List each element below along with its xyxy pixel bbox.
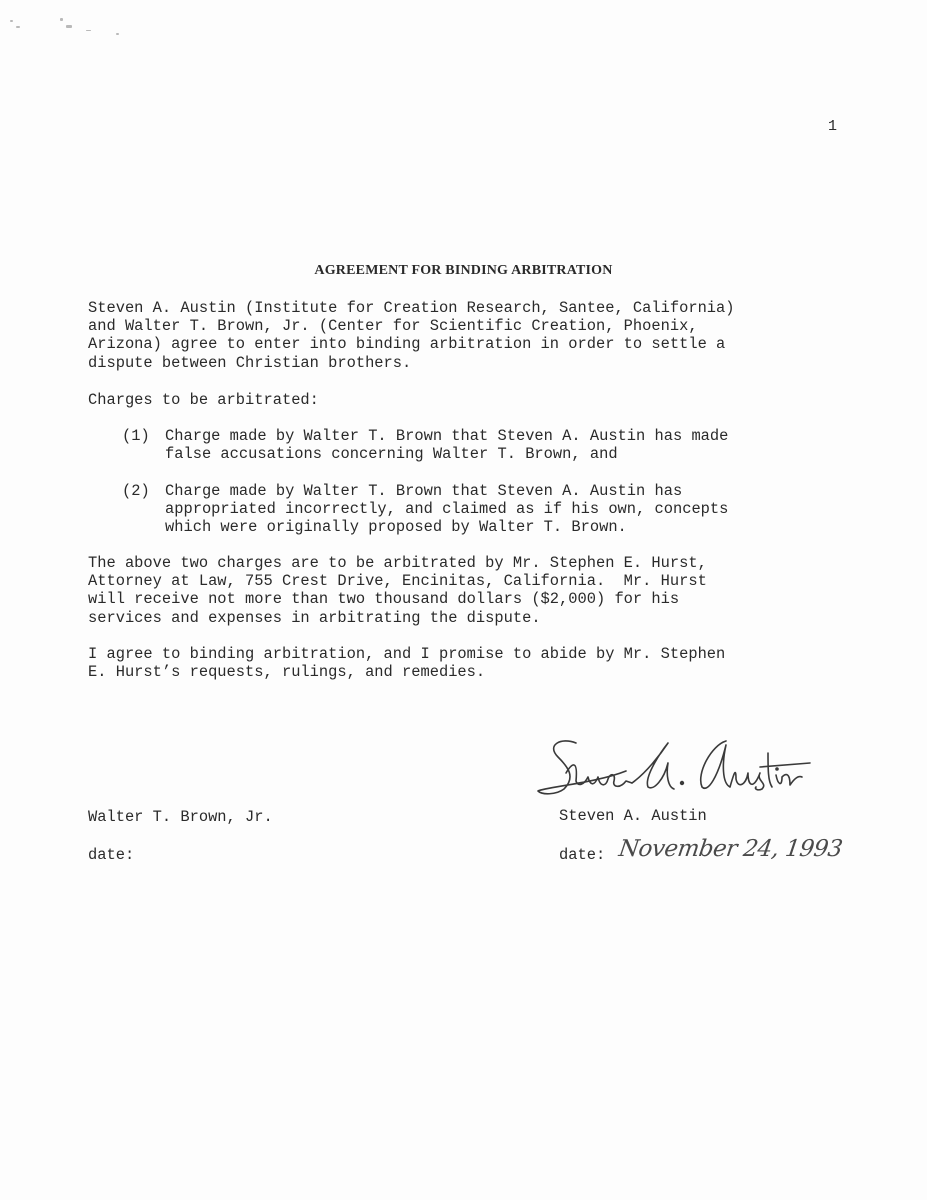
date-label-right: date:	[559, 846, 605, 864]
charge-number: (2)	[122, 482, 150, 500]
charge-number: (1)	[122, 427, 150, 445]
document-page: 1 AGREEMENT FOR BINDING ARBITRATION Stev…	[0, 0, 927, 1200]
date-label-left: date:	[88, 846, 134, 864]
document-title: AGREEMENT FOR BINDING ARBITRATION	[0, 263, 927, 279]
intro-paragraph: Steven A. Austin (Institute for Creation…	[88, 299, 735, 372]
charge-text: Charge made by Walter T. Brown that Stev…	[165, 482, 728, 537]
charge-text: Charge made by Walter T. Brown that Stev…	[165, 427, 728, 463]
agreement-paragraph: I agree to binding arbitration, and I pr…	[88, 645, 725, 681]
arbitrator-paragraph: The above two charges are to be arbitrat…	[88, 554, 707, 627]
charges-heading: Charges to be arbitrated:	[88, 391, 319, 409]
handwritten-signature	[536, 733, 816, 803]
handwritten-date: November 24, 1993	[617, 836, 844, 862]
page-number: 1	[828, 118, 837, 135]
signatory-name-left: Walter T. Brown, Jr.	[88, 808, 273, 826]
signatory-name-right: Steven A. Austin	[559, 807, 707, 825]
scan-artifacts	[10, 18, 130, 38]
